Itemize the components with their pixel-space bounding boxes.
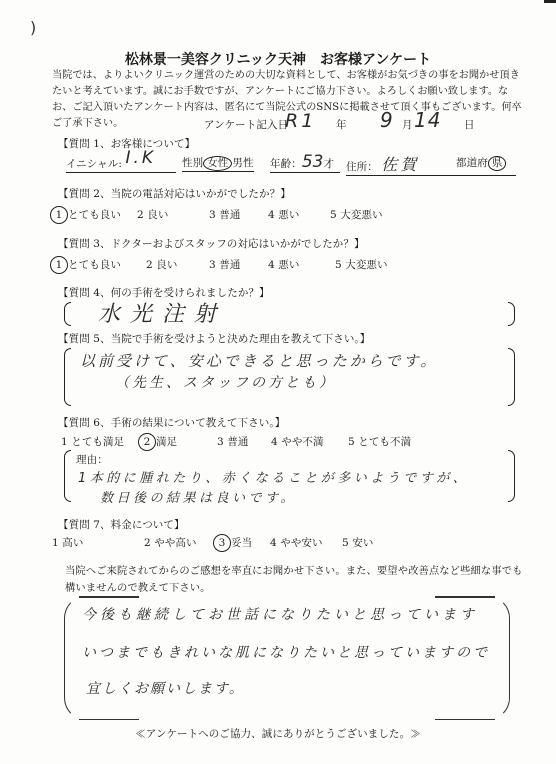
q7-option-4[interactable]: 4 やや安い — [270, 535, 323, 550]
feedback-line3: 宜しくお願いします。 — [86, 678, 245, 698]
gender-option-male[interactable]: 男性 — [232, 157, 253, 169]
q2-option-5[interactable]: 5 大変悪い — [330, 207, 383, 222]
q6-reason-line1[interactable]: 1本的に腫れたり、赤くなることが多いようですが、 — [78, 467, 469, 486]
q2-option-3[interactable]: 3 普通 — [209, 207, 240, 222]
address-value: 佐賀 — [381, 155, 419, 174]
gender-label: 性別 — [182, 157, 203, 169]
gender-field[interactable]: 性別女性男性 — [182, 155, 254, 172]
q6-reason-line2[interactable]: 数日後の結果は良いです。 — [100, 487, 297, 506]
q6-bracket-right — [508, 450, 515, 502]
feedback-line1: 今後も継続してお世話になりたいと思っています — [82, 604, 478, 624]
q2-option-2[interactable]: 2 良い — [137, 207, 168, 222]
q7-option-2[interactable]: 2 やや高い — [144, 535, 197, 550]
page-title: 松林景一美容クリニック天神 お客様アンケート — [0, 49, 556, 69]
q3-option-5[interactable]: 5 大変悪い — [335, 257, 388, 272]
q3-option-2[interactable]: 2 良い — [146, 257, 177, 272]
q7-option-1[interactable]: 1 高い — [52, 535, 83, 550]
footer-thanks: ≪アンケートへのご協力、誠にありがとうございました。≫ — [0, 726, 556, 741]
q6-option-1[interactable]: 1 とても満足 — [61, 434, 124, 449]
scan-edge — [544, 0, 556, 3]
q5-answer-line1[interactable]: 以前受けて、安心できると思ったからです。 — [80, 350, 438, 371]
q4-bracket-left — [64, 302, 71, 326]
month-label: 月 — [402, 117, 413, 132]
q7-option-5[interactable]: 5 安い — [342, 535, 373, 550]
q5-bracket-right — [508, 348, 515, 406]
initial-label: イニシャル: — [66, 158, 122, 170]
feedback-prompt: 当院へご来院されてからのご感想を率直にお聞かせ下さい。また、要望や改善点など些細… — [65, 563, 525, 597]
q2-option-4[interactable]: 4 悪い — [268, 207, 299, 222]
q7-heading: 【質問 7、料金について】 — [58, 517, 185, 532]
q6-option-5[interactable]: 5 とても不満 — [348, 434, 411, 449]
age-unit: 才 — [323, 158, 334, 170]
q7-option-3-selected[interactable]: 3妥当 — [213, 534, 252, 552]
q4-bracket-right — [508, 302, 515, 326]
date-label: アンケート記入日 — [204, 117, 288, 132]
age-label: 年齢： — [270, 158, 302, 170]
q2-option-1-selected[interactable]: 1とても良い — [50, 206, 121, 224]
q3-heading: 【質問 3、ドクターおよびスタッフの対応はいかがでしたか？】 — [58, 236, 365, 251]
day-label: 日 — [464, 117, 475, 132]
q4-answer[interactable]: 水光注射 — [98, 297, 226, 328]
address-field[interactable]: 住所： 佐賀 都道府県 — [346, 152, 516, 176]
q6-option-4[interactable]: 4 やや不満 — [271, 434, 324, 449]
q3-option-4[interactable]: 4 悪い — [268, 257, 299, 272]
date-day[interactable]: 14 — [414, 108, 441, 132]
age-value: 53 — [302, 152, 324, 172]
q3-option-1-selected[interactable]: 1とても良い — [50, 256, 121, 274]
q5-bracket-left — [64, 348, 71, 406]
date-era-year[interactable]: R1 — [285, 110, 316, 132]
q5-heading: 【質問 5、当院で手術を受けようと決めた理由を教えて下さい。】 — [58, 331, 370, 346]
initial-value: I.K — [125, 148, 156, 168]
gender-option-female-selected[interactable]: 女性 — [203, 156, 232, 171]
q6-option-3[interactable]: 3 普通 — [217, 434, 248, 449]
scan-mark: ) — [30, 18, 36, 37]
q6-bracket-left — [64, 450, 71, 502]
q3-option-3[interactable]: 3 普通 — [209, 257, 240, 272]
q6-option-2-selected[interactable]: 2満足 — [138, 433, 177, 451]
age-field[interactable]: 年齢：53才 — [270, 152, 340, 173]
q2-heading: 【質問 2、当院の電話対応はいかがでしたか？】 — [58, 186, 291, 201]
year-label: 年 — [336, 117, 347, 132]
address-label: 住所： — [346, 161, 378, 173]
feedback-line2: いつまでもきれいな肌になりたいと思っていますので — [82, 642, 490, 662]
initial-field[interactable]: イニシャル: I.K — [66, 152, 176, 173]
prefecture-selected[interactable]: 県 — [488, 156, 507, 171]
prefecture-options: 都道府 — [456, 157, 488, 169]
q5-answer-line2[interactable]: （先生、スタッフの方とも） — [115, 372, 336, 392]
q6-heading: 【質問 6、手術の結果について教えて下さい。】 — [58, 415, 285, 430]
q6-reason-label: 理由： — [76, 452, 108, 467]
date-month[interactable]: 9 — [380, 108, 396, 132]
